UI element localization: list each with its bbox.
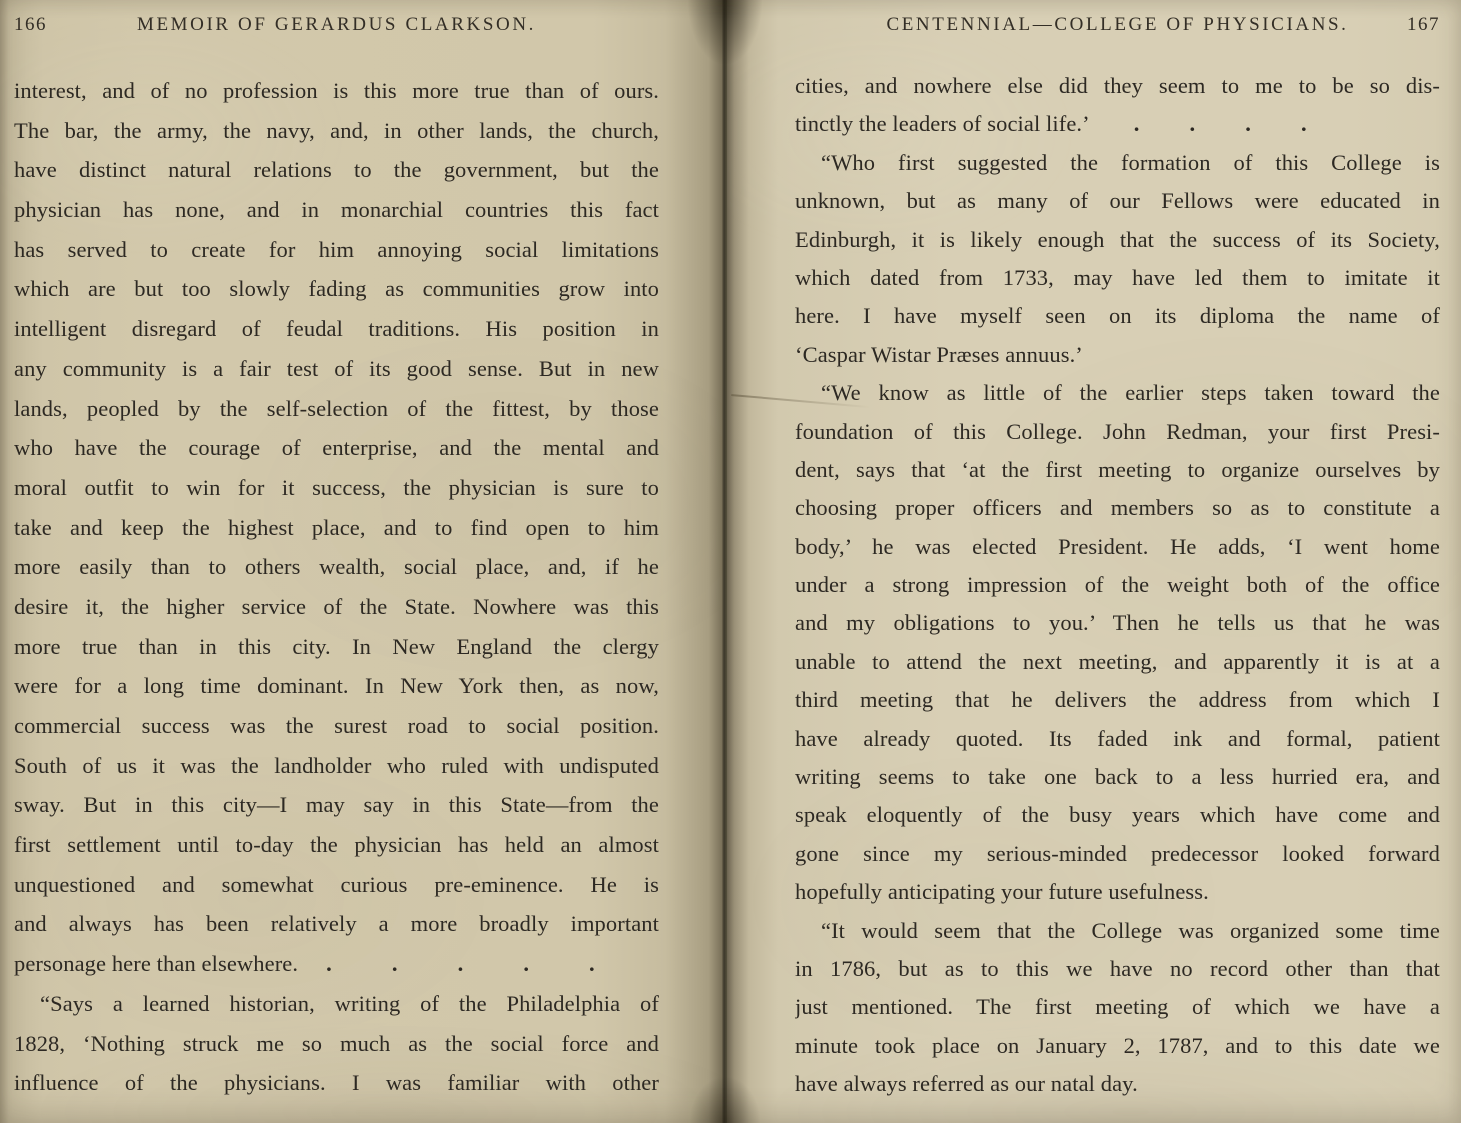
text-line: desire it, the higher service of the Sta… [14, 587, 659, 627]
text-line: interest, and of no profession is this m… [14, 71, 659, 111]
text-line-content: physician has none, and in monarchial co… [14, 197, 659, 222]
ellipsis-dot: . [392, 944, 398, 984]
text-line-content: gone since my serious-minded predecessor… [795, 841, 1440, 866]
text-line: ‘Caspar Wistar Præses annuus.’ [795, 336, 1440, 374]
text-line: under a strong impression of the weight … [795, 566, 1440, 604]
text-line: have already quoted. Its faded ink and f… [795, 720, 1440, 758]
text-line-content: cities, and nowhere else did they seem t… [795, 73, 1440, 98]
text-line: choosing proper officers and members so … [795, 489, 1440, 527]
text-line: any community is a fair test of its good… [14, 349, 659, 389]
text-line-content: just mentioned. The first meeting of whi… [795, 994, 1440, 1019]
text-line: who have the courage of enterprise, and … [14, 428, 659, 468]
ellipsis-dot: . [326, 944, 332, 984]
text-line-content: under a strong impression of the weight … [795, 572, 1440, 597]
right-page-number: 167 [1407, 14, 1440, 36]
text-line-content: speak eloquently of the busy years which… [795, 802, 1440, 827]
text-line-content: which dated from 1733, may have led them… [795, 265, 1440, 290]
text-line-content: “We know as little of the earlier steps … [795, 380, 1440, 405]
text-line-content: unknown, but as many of our Fellows were… [795, 188, 1440, 213]
text-line-content: unquestioned and somewhat curious pre-em… [14, 872, 659, 897]
ellipsis-dot: . [523, 944, 529, 984]
text-line: which dated from 1733, may have led them… [795, 259, 1440, 297]
text-line-content: and always has been relatively a more br… [14, 911, 659, 936]
text-line: take and keep the highest place, and to … [14, 508, 659, 548]
text-line-content: here. I have myself seen on its diploma … [795, 303, 1440, 328]
text-line: have distinct natural relations to the g… [14, 150, 659, 190]
text-line-content: first settlement until to-day the physic… [14, 832, 659, 857]
text-line: unable to attend the next meeting, and a… [795, 643, 1440, 681]
text-line: “It would seem that the College was orga… [795, 912, 1440, 950]
text-line: lands, peopled by the self-selection of … [14, 389, 659, 429]
text-line: body,’ he was elected President. He adds… [795, 528, 1440, 566]
text-line-content: sway. But in this city—I may say in this… [14, 792, 659, 817]
text-line-content: and my obligations to you.’ Then he tell… [795, 610, 1440, 635]
ellipsis-dots: ..... [298, 951, 595, 976]
text-line-content: in 1786, but as to this we have no recor… [795, 956, 1440, 981]
text-line: foundation of this College. John Redman,… [795, 413, 1440, 451]
text-line-content: has served to create for him annoying so… [14, 237, 659, 262]
text-line: cities, and nowhere else did they seem t… [795, 67, 1440, 105]
text-line-content: tinctly the leaders of social life.’ [795, 111, 1090, 136]
right-page: CENTENNIAL—COLLEGE OF PHYSICIANS. 167 ci… [727, 0, 1461, 1123]
left-running-title: MEMOIR OF GERARDUS CLARKSON. [14, 14, 659, 36]
right-running-title: CENTENNIAL—COLLEGE OF PHYSICIANS. [795, 14, 1440, 36]
text-line: were for a long time dominant. In New Yo… [14, 666, 659, 706]
text-line-content: were for a long time dominant. In New Yo… [14, 673, 659, 698]
text-line: have always referred as our natal day. [795, 1065, 1440, 1103]
text-line-content: have already quoted. Its faded ink and f… [795, 726, 1440, 751]
text-line-content: more true than in this city. In New Engl… [14, 634, 659, 659]
text-line: in 1786, but as to this we have no recor… [795, 950, 1440, 988]
text-line-content: choosing proper officers and members so … [795, 495, 1440, 520]
left-page-text: interest, and of no profession is this m… [14, 71, 659, 1103]
text-line: 1828, ‘Nothing struck me so much as the … [14, 1024, 659, 1064]
text-line-content: have always referred as our natal day. [795, 1071, 1138, 1096]
text-line: here. I have myself seen on its diploma … [795, 297, 1440, 335]
text-line: first settlement until to-day the physic… [14, 825, 659, 865]
text-line-content: personage here than elsewhere. [14, 951, 298, 976]
text-line-content: “It would seem that the College was orga… [795, 918, 1440, 943]
text-line-content: “Says a learned historian, writing of th… [14, 991, 659, 1016]
text-line-content: unable to attend the next meeting, and a… [795, 649, 1440, 674]
text-line: tinctly the leaders of social life.’.... [795, 105, 1440, 143]
ellipsis-dot: . [1245, 105, 1251, 143]
text-line: unknown, but as many of our Fellows were… [795, 182, 1440, 220]
text-line: speak eloquently of the busy years which… [795, 796, 1440, 834]
text-line: “Who first suggested the formation of th… [795, 144, 1440, 182]
text-line: unquestioned and somewhat curious pre-em… [14, 865, 659, 905]
left-page-number: 166 [14, 14, 47, 36]
text-line: personage here than elsewhere...... [14, 944, 659, 984]
text-line-content: take and keep the highest place, and to … [14, 515, 659, 540]
text-line: physician has none, and in monarchial co… [14, 190, 659, 230]
text-line: The bar, the army, the navy, and, in oth… [14, 111, 659, 151]
text-line: and always has been relatively a more br… [14, 904, 659, 944]
text-line-content: have distinct natural relations to the g… [14, 157, 659, 182]
right-page-header: CENTENNIAL—COLLEGE OF PHYSICIANS. 167 [795, 14, 1440, 40]
text-line-content: intelligent disregard of feudal traditio… [14, 316, 659, 341]
text-line: dent, says that ‘at the first meeting to… [795, 451, 1440, 489]
text-line-content: moral outfit to win for it success, the … [14, 475, 659, 500]
text-line: “Says a learned historian, writing of th… [14, 984, 659, 1024]
ellipsis-dot: . [1301, 105, 1307, 143]
text-line: moral outfit to win for it success, the … [14, 468, 659, 508]
text-line-content: any community is a fair test of its good… [14, 356, 659, 381]
ellipsis-dot: . [1134, 105, 1140, 143]
text-line: hopefully anticipating your future usefu… [795, 873, 1440, 911]
text-line: has served to create for him annoying so… [14, 230, 659, 270]
text-line: third meeting that he delivers the addre… [795, 681, 1440, 719]
book-gutter [722, 0, 727, 1123]
text-line-content: which are but too slowly fading as commu… [14, 276, 659, 301]
ellipsis-dots: .... [1090, 111, 1307, 136]
text-line-content: hopefully anticipating your future usefu… [795, 879, 1209, 904]
text-line: and my obligations to you.’ Then he tell… [795, 604, 1440, 642]
text-line-content: body,’ he was elected President. He adds… [795, 534, 1440, 559]
text-line: gone since my serious-minded predecessor… [795, 835, 1440, 873]
text-line-content: dent, says that ‘at the first meeting to… [795, 457, 1440, 482]
book-spread: 166 MEMOIR OF GERARDUS CLARKSON. interes… [0, 0, 1461, 1123]
text-line-content: 1828, ‘Nothing struck me so much as the … [14, 1031, 659, 1056]
text-line: writing seems to take one back to a less… [795, 758, 1440, 796]
text-line-content: writing seems to take one back to a less… [795, 764, 1440, 789]
ellipsis-dot: . [458, 944, 464, 984]
text-line: intelligent disregard of feudal traditio… [14, 309, 659, 349]
text-line-content: The bar, the army, the navy, and, in oth… [14, 118, 659, 143]
text-line-content: desire it, the higher service of the Sta… [14, 594, 659, 619]
text-line: minute took place on January 2, 1787, an… [795, 1027, 1440, 1065]
text-line-content: influence of the physicians. I was famil… [14, 1070, 659, 1095]
text-line: just mentioned. The first meeting of whi… [795, 988, 1440, 1026]
right-page-text: cities, and nowhere else did they seem t… [795, 67, 1440, 1104]
ellipsis-dot: . [589, 944, 595, 984]
left-page-header: 166 MEMOIR OF GERARDUS CLARKSON. [14, 14, 659, 40]
text-line-content: Edinburgh, it is likely enough that the … [795, 227, 1440, 252]
text-line-content: South of us it was the landholder who ru… [14, 753, 659, 778]
text-line-content: foundation of this College. John Redman,… [795, 419, 1440, 444]
text-line: more true than in this city. In New Engl… [14, 627, 659, 667]
text-line: Edinburgh, it is likely enough that the … [795, 221, 1440, 259]
text-line: sway. But in this city—I may say in this… [14, 785, 659, 825]
text-line-content: ‘Caspar Wistar Præses annuus.’ [795, 342, 1083, 367]
text-line: South of us it was the landholder who ru… [14, 746, 659, 786]
text-line-content: more easily than to others wealth, socia… [14, 554, 659, 579]
ellipsis-dot: . [1189, 105, 1195, 143]
text-line-content: commercial success was the surest road t… [14, 713, 659, 738]
text-line-content: who have the courage of enterprise, and … [14, 435, 659, 460]
left-page: 166 MEMOIR OF GERARDUS CLARKSON. interes… [0, 0, 723, 1123]
text-line-content: “Who first suggested the formation of th… [795, 150, 1440, 175]
text-line: “We know as little of the earlier steps … [795, 374, 1440, 412]
text-line: commercial success was the surest road t… [14, 706, 659, 746]
text-line: more easily than to others wealth, socia… [14, 547, 659, 587]
text-line-content: minute took place on January 2, 1787, an… [795, 1033, 1440, 1058]
text-line-content: lands, peopled by the self-selection of … [14, 396, 659, 421]
text-line-content: interest, and of no profession is this m… [14, 78, 659, 103]
text-line: which are but too slowly fading as commu… [14, 269, 659, 309]
text-line: influence of the physicians. I was famil… [14, 1063, 659, 1103]
text-line-content: third meeting that he delivers the addre… [795, 687, 1440, 712]
